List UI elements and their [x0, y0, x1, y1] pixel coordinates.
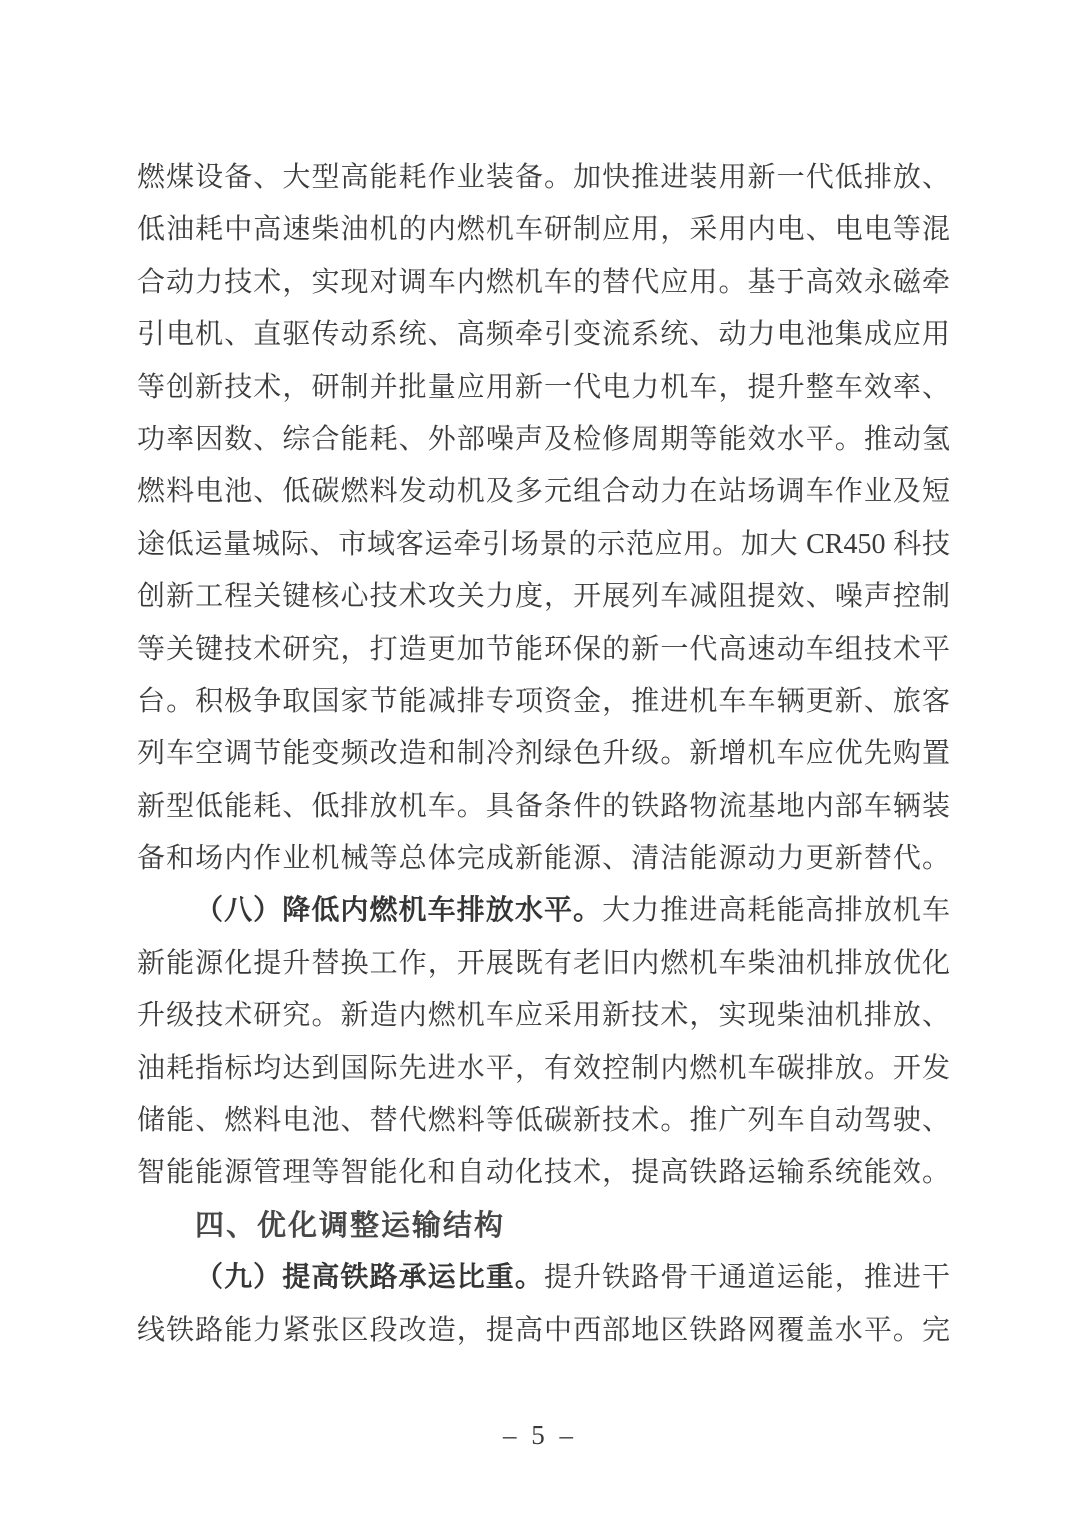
clause-9-title: （九）提高铁路承运比重。 [195, 1262, 544, 1293]
text-line: 新能源化提升替换工作，开展既有老旧内燃机车柴油机排放优化 [137, 938, 950, 990]
text-line: 列车空调节能变频改造和制冷剂绿色升级。新增机车应优先购置 [137, 728, 950, 780]
clause-8-heading-line: （八）降低内燃机车排放水平。大力推进高耗能高排放机车 [137, 885, 950, 937]
text-line: 升级技术研究。新造内燃机车应采用新技术，实现柴油机排放、 [137, 990, 950, 1042]
section-4-heading: 四、优化调整运输结构 [137, 1200, 950, 1252]
clause-8-title: （八）降低内燃机车排放水平。 [195, 895, 602, 926]
text-line: 合动力技术，实现对调车内燃机车的替代应用。基于高效永磁牵 [137, 257, 950, 309]
text-line: 低油耗中高速柴油机的内燃机车研制应用，采用内电、电电等混 [137, 204, 950, 256]
clause-8-body-start: 大力推进高耗能高排放机车 [602, 895, 950, 926]
text-line: 引电机、直驱传动系统、高频牵引变流系统、动力电池集成应用 [137, 309, 950, 361]
text-line: 燃料电池、低碳燃料发动机及多元组合动力在站场调车作业及短 [137, 466, 950, 518]
text-line: 油耗指标均达到国际先进水平，有效控制内燃机车碳排放。开发 [137, 1043, 950, 1095]
clause-9-body-start: 提升铁路骨干通道运能，推进干 [544, 1262, 950, 1293]
page-number: – 5 – [0, 1408, 1080, 1462]
text-line: 途低运量城际、市域客运牵引场景的示范应用。加大 CR450 科技 [137, 519, 950, 571]
text-line: 储能、燃料电池、替代燃料等低碳新技术。推广列车自动驾驶、 [137, 1095, 950, 1147]
text-line: 等创新技术，研制并批量应用新一代电力机车，提升整车效率、 [137, 362, 950, 414]
text-line: 新型低能耗、低排放机车。具备条件的铁路物流基地内部车辆装 [137, 781, 950, 833]
document-page: 燃煤设备、大型高能耗作业装备。加快推进装用新一代低排放、 低油耗中高速柴油机的内… [0, 0, 1080, 1527]
text-line: 线铁路能力紧张区段改造，提高中西部地区铁路网覆盖水平。完 [137, 1305, 950, 1357]
text-line: 等关键技术研究，打造更加节能环保的新一代高速动车组技术平 [137, 624, 950, 676]
text-line: 功率因数、综合能耗、外部噪声及检修周期等能效水平。推动氢 [137, 414, 950, 466]
text-line: 备和场内作业机械等总体完成新能源、清洁能源动力更新替代。 [137, 833, 950, 885]
text-line: 智能能源管理等智能化和自动化技术，提高铁路运输系统能效。 [137, 1147, 950, 1199]
text-line: 台。积极争取国家节能减排专项资金，推进机车车辆更新、旅客 [137, 676, 950, 728]
text-line: 创新工程关键核心技术攻关力度，开展列车减阻提效、噪声控制 [137, 571, 950, 623]
clause-9-heading-line: （九）提高铁路承运比重。提升铁路骨干通道运能，推进干 [137, 1252, 950, 1304]
document-body: 燃煤设备、大型高能耗作业装备。加快推进装用新一代低排放、 低油耗中高速柴油机的内… [137, 152, 950, 1357]
text-line: 燃煤设备、大型高能耗作业装备。加快推进装用新一代低排放、 [137, 152, 950, 204]
